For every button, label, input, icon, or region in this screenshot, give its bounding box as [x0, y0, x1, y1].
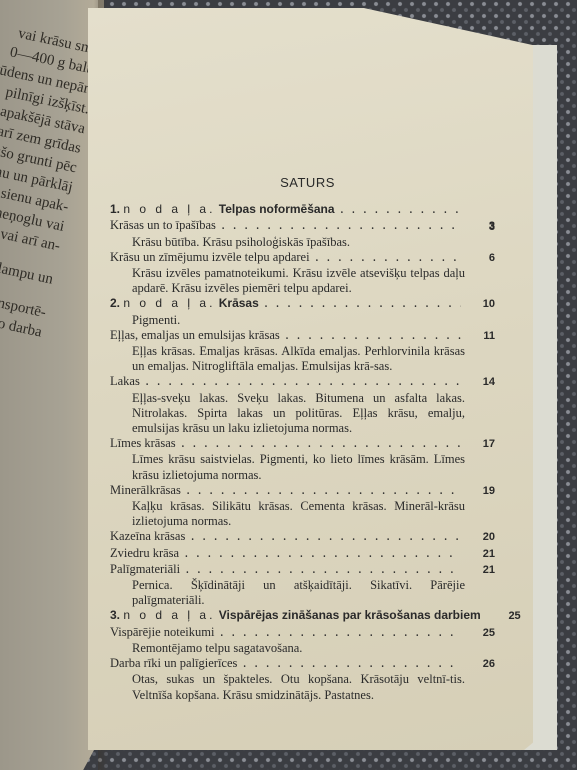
toc-section-label: Eļļas, emaljas un emulsijas krāsas [110, 328, 286, 343]
toc-page-number: 17 [461, 437, 495, 452]
toc-title: SATURS [120, 175, 495, 190]
leader-dots: ........................................… [222, 219, 461, 234]
chapter-title: Telpas noformēšana [219, 202, 335, 216]
toc-section: Eļļas, emaljas un emulsijas krāsas......… [110, 328, 495, 344]
toc-chapter-label: 2. n o d a ļ a. Krāsas [110, 296, 265, 311]
leader-dots: ........................................… [316, 251, 461, 266]
toc-subentry: Pernica. Šķīdinātāji un atšķaidītāji. Si… [110, 578, 495, 608]
leader-dots: ........................................… [187, 484, 461, 499]
toc-section-label: Lakas [110, 374, 146, 389]
toc-subentry: Otas, sukas un špakteles. Otu kopšana. K… [110, 672, 495, 702]
toc-section-label: Kazeīna krāsas [110, 529, 191, 544]
toc-page-number: 19 [461, 484, 495, 499]
toc-section: Minerālkrāsas...........................… [110, 483, 495, 499]
toc-section-label: Krāsas un to īpašības [110, 218, 222, 233]
toc-subentry: Eļļas krāsas. Emaljas krāsas. Alkīda ema… [110, 344, 495, 374]
leader-dots: ........................................… [265, 297, 461, 312]
toc-subentry: Remontējamo telpu sagatavošana. [110, 641, 495, 656]
toc-chapter: 2. n o d a ļ a. Krāsas..................… [110, 296, 495, 312]
toc-section-label: Minerālkrāsas [110, 483, 187, 498]
toc-page-number: 25 [461, 626, 495, 641]
table-of-contents: SATURS 1. n o d a ļ a. Telpas noformēšan… [110, 175, 495, 703]
toc-subentry: Līmes krāsu saistvielas. Pigmenti, ko li… [110, 452, 495, 482]
toc-section-label: Zviedru krāsa [110, 546, 185, 561]
leader-dots: ........................................… [191, 530, 461, 545]
toc-page-number: 6 [461, 251, 495, 266]
toc-subentry: Krāsu būtība. Krāsu psiholoģiskās īpašīb… [110, 235, 495, 250]
toc-page-number: 25 [487, 609, 521, 624]
chapter-number: 1. [110, 202, 120, 216]
chapter-title: Vispārējas zināšanas par krāsošanas darb… [219, 608, 481, 622]
leader-dots: ........................................… [220, 626, 461, 641]
toc-page-number: 10 [461, 297, 495, 312]
toc-section: Lakas...................................… [110, 374, 495, 390]
toc-section: Zviedru krāsa...........................… [110, 546, 495, 562]
chapter-word: n o d a ļ a. [123, 608, 215, 622]
chapter-word: n o d a ļ a. [123, 296, 215, 310]
leader-dots: ........................................… [185, 547, 461, 562]
toc-section: Kazeīna krāsas..........................… [110, 529, 495, 545]
toc-page-number: 3 [489, 220, 495, 235]
toc-chapter: 1. n o d a ļ a. Telpas noformēšana......… [110, 202, 495, 218]
toc-list: 1. n o d a ļ a. Telpas noformēšana......… [110, 202, 495, 703]
toc-section: Līmes krāsas............................… [110, 436, 495, 452]
toc-section: Darba rīki un palīgierīces..............… [110, 656, 495, 672]
toc-chapter-label: 1. n o d a ļ a. Telpas noformēšana [110, 202, 341, 217]
toc-subentry: Kaļķu krāsas. Silikātu krāsas. Cementa k… [110, 499, 495, 529]
chapter-word: n o d a ļ a. [123, 202, 215, 216]
toc-chapter: 3. n o d a ļ a. Vispārējas zināšanas par… [110, 608, 495, 624]
toc-section-label: Krāsu un zīmējumu izvēle telpu apdarei [110, 250, 316, 265]
leader-dots: ........................................… [341, 203, 461, 218]
toc-subentry: Pigmenti. [110, 313, 495, 328]
toc-section-label: Palīgmateriāli [110, 562, 186, 577]
chapter-title: Krāsas [219, 296, 259, 310]
toc-page-number: 21 [461, 563, 495, 578]
toc-section-label: Līmes krāsas [110, 436, 182, 451]
toc-section: Vispārējie noteikumi....................… [110, 625, 495, 641]
toc-page-number: 21 [461, 547, 495, 562]
toc-section-label: Vispārējie noteikumi [110, 625, 220, 640]
toc-page-number: 11 [461, 329, 495, 344]
toc-section: Palīgmateriāli..........................… [110, 562, 495, 578]
chapter-number: 3. [110, 608, 120, 622]
toc-subentry: Eļļas-sveķu lakas. Sveķu lakas. Bitumena… [110, 391, 495, 437]
leader-dots: ........................................… [146, 375, 461, 390]
toc-chapter-label: 3. n o d a ļ a. Vispārējas zināšanas par… [110, 608, 487, 623]
leader-dots: ........................................… [182, 437, 461, 452]
toc-section-label: Darba rīki un palīgierīces [110, 656, 243, 671]
toc-section: Krāsu un zīmējumu izvēle telpu apdarei..… [110, 250, 495, 266]
toc-section: Krāsas un to īpašības...................… [110, 218, 495, 234]
leader-dots: ........................................… [243, 657, 461, 672]
toc-page-number: 26 [461, 657, 495, 672]
toc-page-number: 14 [461, 375, 495, 390]
chapter-number: 2. [110, 296, 120, 310]
leader-dots: ........................................… [286, 329, 461, 344]
leader-dots: ........................................… [186, 563, 461, 578]
toc-subentry: Krāsu izvēles pamatnoteikumi. Krāsu izvē… [110, 266, 495, 296]
toc-page-number: 20 [461, 530, 495, 545]
